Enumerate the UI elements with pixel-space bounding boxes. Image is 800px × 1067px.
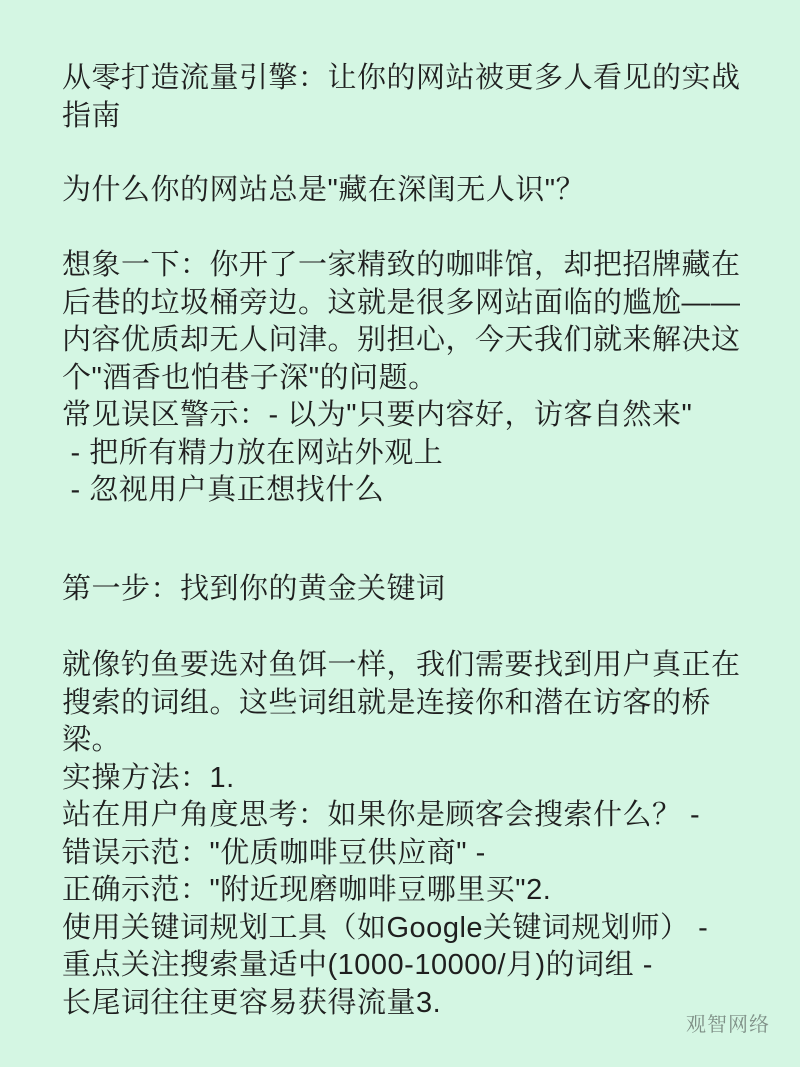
- article-page: 从零打造流量引擎：让你的网站被更多人看见的实战指南 为什么你的网站总是"藏在深闺…: [0, 0, 800, 1067]
- paragraph-block-keyword-methods: 就像钓鱼要选对鱼饵一样，我们需要找到用户真正在搜索的词组。这些词组就是连接你和潜…: [62, 647, 760, 1022]
- text-line: 站在用户角度思考：如果你是顾客会搜索什么？ -: [62, 797, 760, 835]
- text-line: 想象一下：你开了一家精致的咖啡馆，却把招牌藏在: [62, 247, 760, 285]
- text-line: 就像钓鱼要选对鱼饵一样，我们需要找到用户真正在: [62, 647, 760, 685]
- article-title: 从零打造流量引擎：让你的网站被更多人看见的实战指南: [62, 60, 760, 135]
- text-line: 常见误区警示：- 以为"只要内容好，访客自然来": [62, 397, 760, 435]
- text-line: 长尾词往往更容易获得流量3.: [62, 985, 760, 1023]
- text-line: 正确示范："附近现磨咖啡豆哪里买"2.: [62, 872, 760, 910]
- text-line: 从零打造流量引擎：让你的网站被更多人看见的实战: [62, 60, 760, 98]
- section-heading-step1-keywords: 第一步：找到你的黄金关键词: [62, 571, 760, 609]
- text-line: 错误示范："优质咖啡豆供应商" -: [62, 835, 760, 873]
- text-line: - 把所有精力放在网站外观上: [62, 435, 760, 473]
- paragraph-block-misconceptions: 想象一下：你开了一家精致的咖啡馆，却把招牌藏在后巷的垃圾桶旁边。这就是很多网站面…: [62, 247, 760, 510]
- text-line: 搜索的词组。这些词组就是连接你和潜在访客的桥: [62, 685, 760, 723]
- text-line: 个"酒香也怕巷子深"的问题。: [62, 360, 760, 398]
- watermark: 观智网络: [686, 1013, 770, 1037]
- text-line: - 忽视用户真正想找什么: [62, 472, 760, 510]
- text-line: 内容优质却无人问津。别担心，今天我们就来解决这: [62, 322, 760, 360]
- text-line: 指南: [62, 98, 760, 136]
- text-line: 重点关注搜索量适中(1000-10000/月)的词组 -: [62, 947, 760, 985]
- text-line: 实操方法：1.: [62, 760, 760, 798]
- text-line: 使用关键词规划工具（如Google关键词规划师） -: [62, 910, 760, 948]
- text-line: 后巷的垃圾桶旁边。这就是很多网站面临的尴尬——: [62, 285, 760, 323]
- section-heading-why-hidden: 为什么你的网站总是"藏在深闺无人识"？: [62, 172, 760, 210]
- text-line: 梁。: [62, 722, 760, 760]
